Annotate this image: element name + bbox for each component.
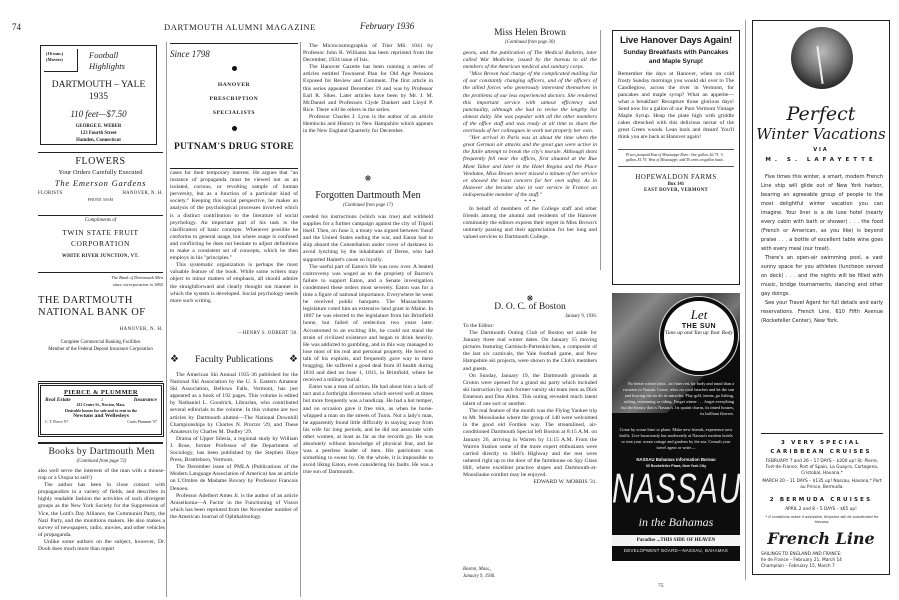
ad-headline: Live Hanover Days Again! [618, 35, 734, 46]
french-line-ad: Perfect Winter Vacations VIA M. S. LAFAY… [752, 20, 890, 575]
french-line-logo: French Line [753, 529, 889, 548]
paragraph: "Miss Brown had charge of the complicate… [463, 71, 597, 135]
column-divider [166, 42, 167, 597]
column-divider [300, 42, 301, 597]
ad-body: Come by ocean liner or plane. Make new f… [618, 427, 734, 451]
ad-headline: Winter Vacations [753, 125, 889, 143]
ship-name: M. S. LAFAYETTE [753, 157, 889, 163]
doc-of-boston-heading: D. O. C. of Boston January 9, 1936. [463, 302, 597, 319]
business-name: The Emerson Gardens [38, 178, 163, 188]
column-divider [745, 20, 746, 580]
company-address: 412 Centre St., Newton, Mass. [45, 403, 157, 407]
paragraph: On Sunday, January 19, the Dartmouth gro… [463, 373, 597, 408]
company-box: Box 141 [618, 182, 734, 187]
company-name: TWIN STATE FRUIT CORPORATION [38, 227, 163, 249]
section-title: Books by Dartmouth Men [38, 447, 165, 457]
twin-state-fruit-ad: Compliments of TWIN STATE FRUIT CORPORAT… [38, 218, 163, 259]
hopewaldon-farms-maple-syrup-ad: Live Hanover Days Again! Sunday Breakfas… [612, 30, 740, 285]
paragraph: also well serve the interests of the man… [38, 468, 165, 482]
footnote: * If conditions make it advisable, Kings… [761, 515, 883, 525]
bank-tagline: The Bank of Dartmouth Men since incorpor… [38, 275, 163, 288]
review-signature: —HENRY S. ODBERT '30. [170, 331, 298, 336]
paragraph: The Microcosmographia of Trier MS. 1041 … [303, 43, 433, 64]
service-real-estate: Real Estate [45, 397, 71, 403]
paragraph: Drama of Upper Silesia, a regional study… [170, 436, 298, 464]
paragraph: The December issue of PMLA (Publications… [170, 464, 298, 492]
bank-name: THE DARTMOUTH NATIONAL BANK OF [38, 295, 163, 319]
putnams-drug-store-ad: Since 1798 HANOVER PRESCRIPTION SPECIALI… [170, 43, 298, 169]
divider [38, 152, 163, 153]
company-location: EAST DOVER, VERMONT [618, 188, 734, 193]
service-insurance: Insurance [134, 397, 157, 403]
paragraph: The real feature of the month was the Fl… [463, 408, 597, 479]
ad-headline: Perfect [753, 103, 889, 125]
miss-helen-brown-body: geons, and the publication of The Medica… [463, 50, 597, 242]
nassau-logo: NASSAU [612, 466, 740, 514]
paragraph: Eaton was a man of action. He had about … [303, 384, 433, 476]
issue-date: February 1936 [360, 21, 414, 31]
ad-body: No better winter tonic...no finer rest f… [618, 381, 734, 417]
ad-title: FLOWERS [38, 156, 163, 167]
paragraph: The Dartmouth Outing Club of Boston set … [463, 330, 597, 373]
divider [38, 272, 163, 273]
pierce-plummer-ad: PIERCE & PLUMMER Real Estate : Insurance… [40, 385, 162, 435]
development-board: DEVELOPMENT BOARD—NASSAU, BAHAMAS [612, 548, 740, 553]
bullet-icon [232, 126, 237, 131]
ad-line: HANOVER [170, 82, 298, 88]
letter-place-date: Boston, Mass., January 9, 1936. [463, 566, 597, 580]
ornament-icon: ❖ [289, 355, 298, 365]
business-location: HANOVER, N. H. [122, 191, 163, 196]
ad-body: Remember the days at Hanover, when on co… [618, 71, 734, 141]
section-title: Miss Helen Brown [463, 28, 597, 38]
paragraph: In behalf of members of the College staf… [463, 206, 597, 241]
company-name: HOPEWALDON FARMS [618, 173, 734, 181]
ad-body: Five times this winter, a smart, modern … [761, 173, 883, 326]
film-format-tag: (16 mm.) (Movies) [44, 49, 78, 72]
divider [761, 433, 883, 434]
partner-name: Curtis Plummer '07 [127, 420, 157, 424]
since-year: Since 1798 [170, 49, 210, 59]
paragraph: The Hanover Gazette has been running a s… [303, 64, 433, 114]
flowers-ad: FLOWERS Your Orders Carefully Executed T… [38, 156, 163, 202]
miss-helen-brown-heading: Miss Helen Brown (Continued from page 30… [463, 28, 597, 45]
in-the-bahamas: in the Bahamas [612, 515, 740, 530]
letter-date: January 9, 1936. [463, 314, 597, 319]
bermuda-cruise-details: APRIL 2 and 8 – 5 DAYS – $65 up! [753, 507, 889, 512]
paragraph: See your Travel Agent for full details a… [761, 299, 883, 326]
ad-subheadline: Sunday Breakfasts with Pancakes and Mapl… [618, 49, 734, 66]
seller-address: GEORGE E. WEBER 123 Fourth Street Hamden… [41, 124, 156, 144]
ornament-icon: ❋ [303, 174, 433, 183]
caribbean-cruises-title: 3 VERY SPECIAL CARIBBEAN CRUISES [753, 439, 889, 457]
column-divider [600, 30, 601, 270]
paragraph: The author has been in close contact wit… [38, 482, 165, 539]
ad-line: SPECIALISTS [170, 110, 298, 116]
books-by-dartmouth-men-section: Books by Dartmouth Men (Continued from p… [38, 447, 165, 553]
bullet-icon [232, 66, 237, 71]
ornament-icon: ❖ [170, 355, 179, 365]
faculty-publications-body: The American Ski Annual 1935-36 publishe… [170, 372, 298, 521]
forgotten-dartmouth-men-body: ceeded his instructions (which was true)… [303, 214, 433, 476]
bureau-name: NASSAU Bahamas Information Bureau [612, 457, 740, 462]
faculty-publications-heading: ❖ Faculty Publications ❖ [170, 352, 298, 368]
company-name: PIERCE & PLUMMER [45, 389, 157, 396]
football-highlights-ad: (16 mm.) (Movies) Football Highlights DA… [40, 45, 157, 145]
paragraph: Professor Charles J. Lyon is the author … [303, 114, 433, 135]
divider [38, 442, 163, 444]
bank-services: Complete Commercial Banking Facilities M… [38, 339, 163, 353]
paragraph: The American Ski Annual 1935-36 publishe… [170, 372, 298, 436]
via-label: VIA [753, 147, 889, 153]
paragraph: Unlike some authors on the subject, howe… [38, 539, 165, 553]
forgotten-dartmouth-men-heading: Forgotten Dartmouth Men (Continued from … [303, 190, 433, 208]
left-page-number: 74 [12, 22, 21, 32]
continued-note: (Continued from page 30) [463, 40, 597, 45]
phone-number: PHONE 506M [38, 198, 163, 202]
book-review-continued: cases for their temporary interest. He a… [170, 170, 298, 305]
bermuda-cruises-title: 2 BERMUDA CRUISES [753, 497, 889, 503]
sun-badge: Let THE SUN Tune up and Tan up Your Body [664, 301, 734, 371]
paragraph: "Her arrival in Paris was at about the t… [463, 135, 597, 199]
paragraph: cases for their temporary interest. He a… [170, 170, 298, 262]
game-title: DARTMOUTH – YALE 1935 [41, 79, 156, 103]
section-title: Faculty Publications [195, 355, 273, 365]
bank-city: HANOVER, N. H. [38, 327, 163, 332]
paradise-tagline: Paradise ...THIS SIDE OF HEAVEN [612, 535, 740, 546]
right-page-number: 75 [658, 583, 664, 589]
ad-title: Football Highlights [89, 50, 125, 72]
film-price: 110 feet—$7.50 [41, 109, 156, 119]
company-location: WHITE RIVER JUNCTION, VT. [38, 254, 163, 259]
divider [38, 215, 163, 216]
doc-of-boston-body: To the Editor: The Dartmouth Outing Club… [463, 323, 597, 486]
business-type: FLORISTS [38, 191, 63, 196]
paragraph: There's an open-air swimming pool, a vas… [761, 254, 883, 299]
sailings-list: SAILINGS TO ENGLAND AND FRANCE: Ile de F… [761, 552, 883, 570]
store-name: PUTNAM'S DRUG STORE [170, 142, 298, 152]
partner-name: C. T. Pierce '07 [45, 420, 68, 424]
magazine-title: DARTMOUTH ALUMNI MAGAZINE [150, 22, 330, 32]
letter-signature: EDWARD W. MORRIS '31. [463, 479, 597, 486]
service-area: Newtons and Wellesleys [45, 413, 157, 419]
price-note: Prices postpaid East of Mississippi Rive… [618, 149, 734, 167]
section-title: D. O. C. of Boston [463, 302, 597, 312]
paragraph: ceeded his instructions (which was true)… [303, 214, 433, 264]
dartmouth-national-bank-ad: The Bank of Dartmouth Men since incorpor… [38, 275, 163, 353]
faculty-publications-continued: The Microcosmographia of Trier MS. 1041 … [303, 43, 433, 135]
paragraph: The useful part of Eaton's life was now … [303, 264, 433, 385]
compliments-label: Compliments of [38, 218, 163, 223]
paragraph: Professor Adelbert Ames Jr. is the autho… [170, 493, 298, 521]
continued-note: (Continued from page 17) [303, 203, 433, 208]
divider [38, 381, 163, 382]
ad-tagline: Your Orders Carefully Executed [38, 169, 163, 176]
continued-note: (Continued from page 72) [38, 459, 165, 464]
nassau-bahamas-ad: Let THE SUN Tune up and Tan up Your Body… [612, 293, 740, 561]
paragraph: Five times this winter, a smart, modern … [761, 173, 883, 254]
section-title: Forgotten Dartmouth Men [303, 190, 433, 201]
paragraph: This systematic organization is perhaps … [170, 262, 298, 305]
paragraph: geons, and the publication of The Medica… [463, 50, 597, 71]
ad-line: PRESCRIPTION [170, 96, 298, 102]
caribbean-cruise-details: FEBRUARY 7 and 26 – 17 DAYS – $200 up! S… [761, 459, 883, 491]
section-break: * * * [463, 199, 597, 206]
